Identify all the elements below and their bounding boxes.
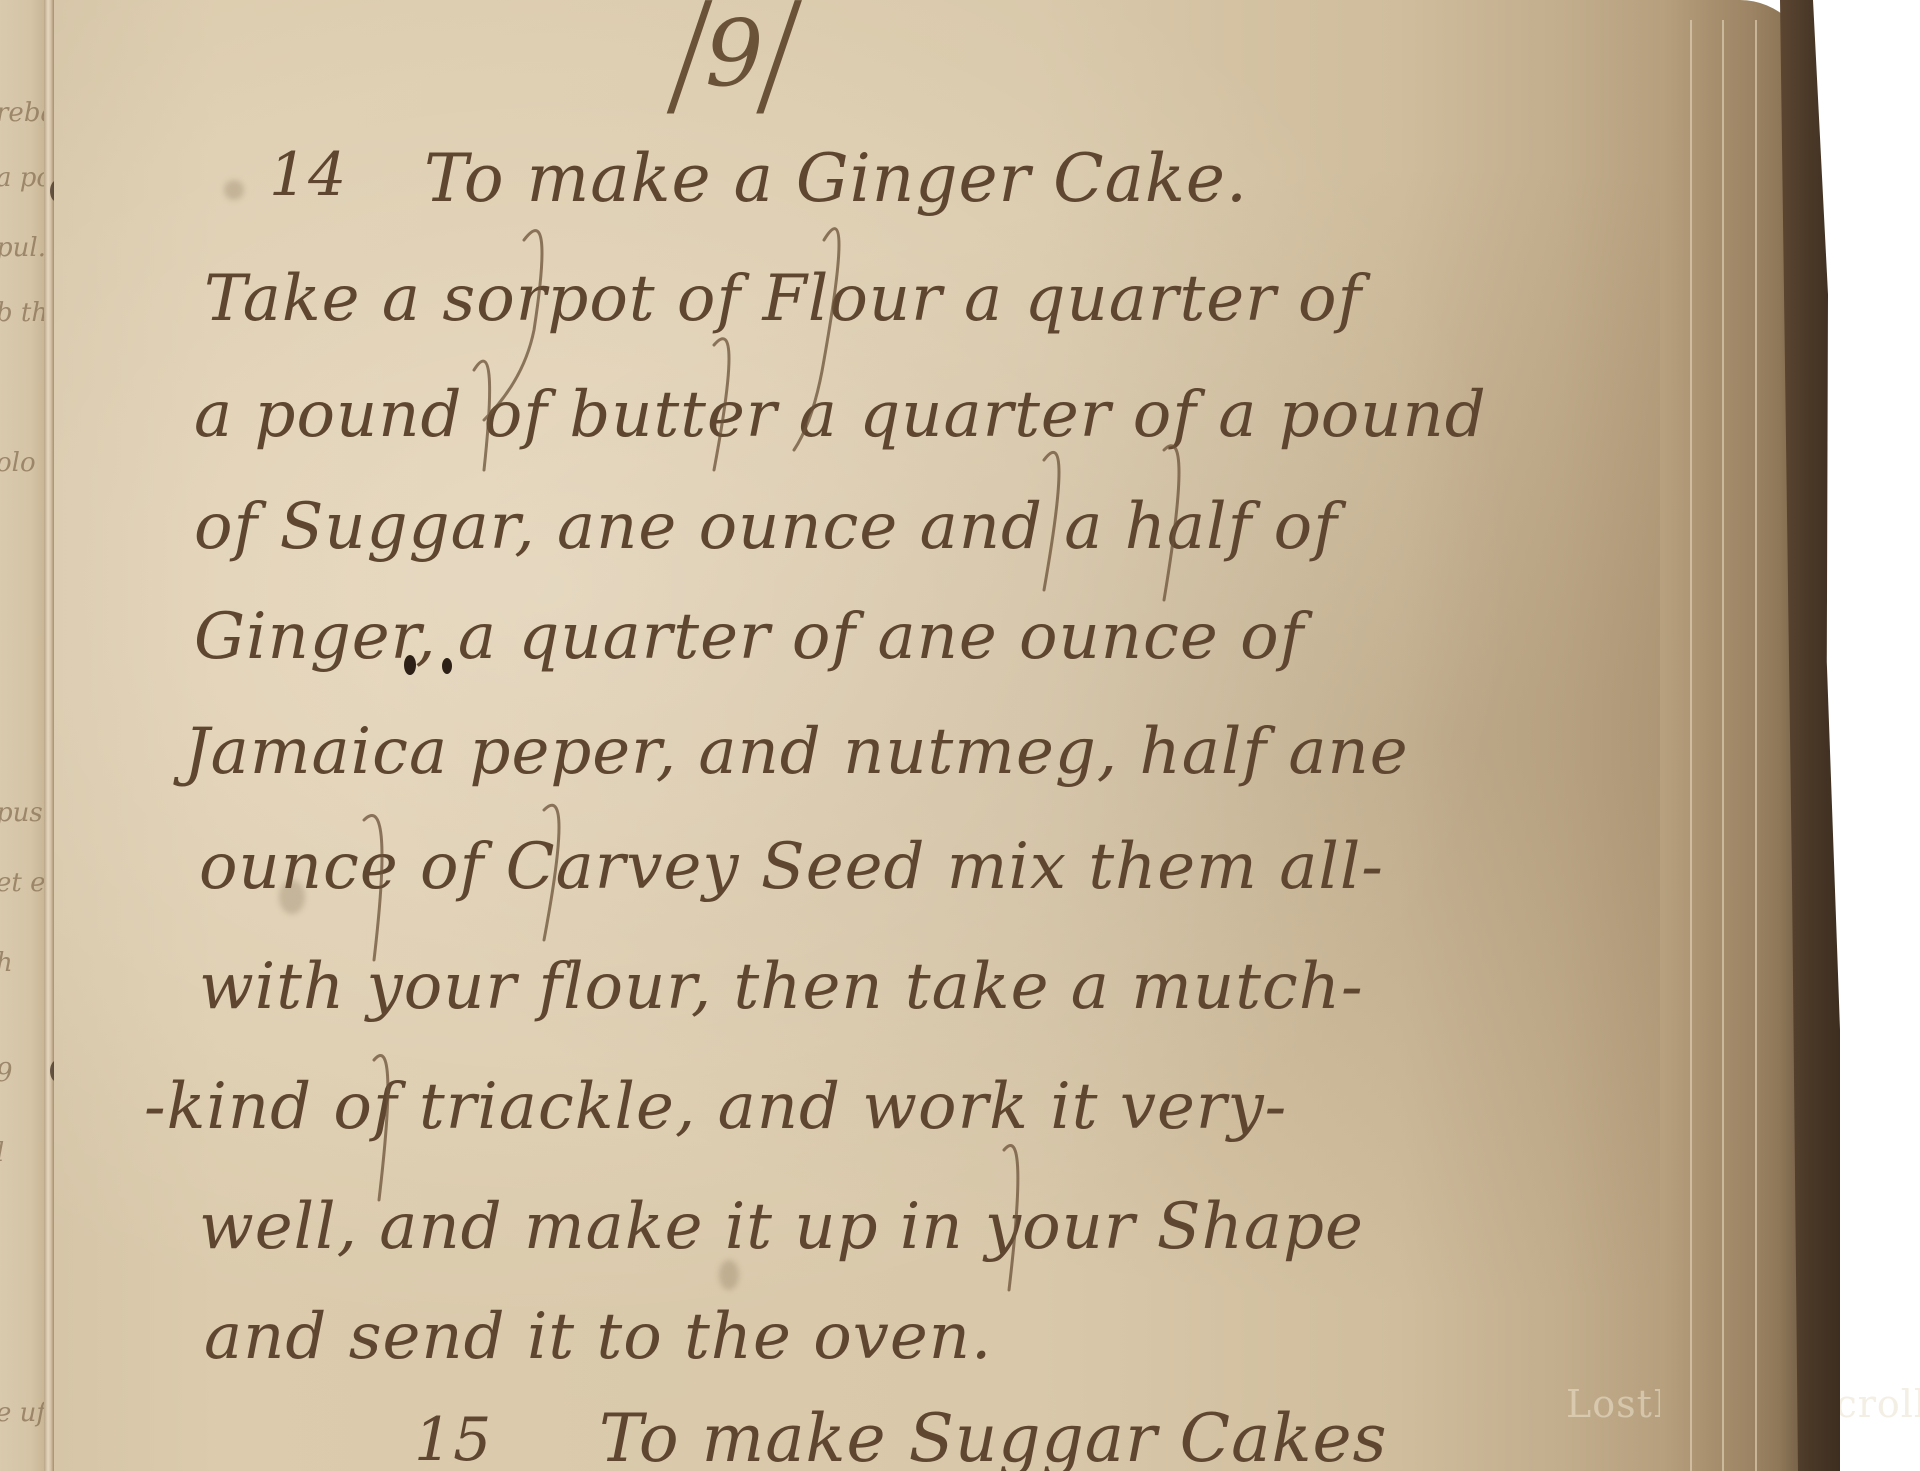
facing-page-text: olo: [0, 450, 44, 476]
open-book: rebana a pouu pul. b the olo pusu et e h…: [0, 0, 1920, 1471]
facing-page-text: 9: [0, 1060, 44, 1086]
facing-page-text: h: [0, 950, 44, 976]
recipe-line: a pound of butter a quarter of a pound: [194, 378, 1487, 452]
recipe-line: -kind of triackle, and work it very-: [144, 1070, 1287, 1144]
facing-page-text: b the: [0, 300, 44, 326]
recipe-line: and send it to the oven.: [204, 1300, 992, 1374]
facing-page: rebana a pouu pul. b the olo pusu et e h…: [0, 0, 44, 1471]
manuscript-page: /9/ 14 To make a Ginger Cake. Take a sor…: [54, 0, 1694, 1471]
recipe-line: ounce of Carvey Seed mix them all-: [199, 830, 1384, 904]
stain: [719, 1260, 739, 1290]
stain: [224, 180, 244, 200]
facing-page-text: e uf: [0, 1400, 44, 1426]
recipe-number: 14: [269, 140, 347, 210]
recipe-line: Ginger, a quarter of ane ounce of: [194, 600, 1304, 674]
facing-page-text: et e: [0, 870, 44, 896]
book-gutter: [44, 0, 54, 1471]
facing-page-text: pusu: [0, 800, 44, 826]
recipe-line: with your flour, then take a mutch-: [199, 950, 1364, 1024]
recipe-line: Take a sorpot of Flour a quarter of: [204, 262, 1362, 336]
recipe-title: To make a Ginger Cake.: [424, 140, 1248, 217]
recipe-title: To make Suggar Cakes: [599, 1400, 1387, 1471]
facing-page-text: a pouu: [0, 165, 44, 191]
facing-page-text: rebana: [0, 100, 44, 126]
recipe-number: 15: [414, 1405, 492, 1471]
recipe-line: of Suggar, ane ounce and a half of: [194, 490, 1338, 564]
facing-page-text: l: [0, 1140, 44, 1166]
facing-page-text: pul.: [0, 235, 44, 261]
page-number: /9/: [674, 0, 795, 107]
recipe-line: well, and make it up in your Shape: [199, 1190, 1364, 1264]
recipe-line: Jamaica peper, and nutmeg, half ane: [184, 715, 1409, 789]
